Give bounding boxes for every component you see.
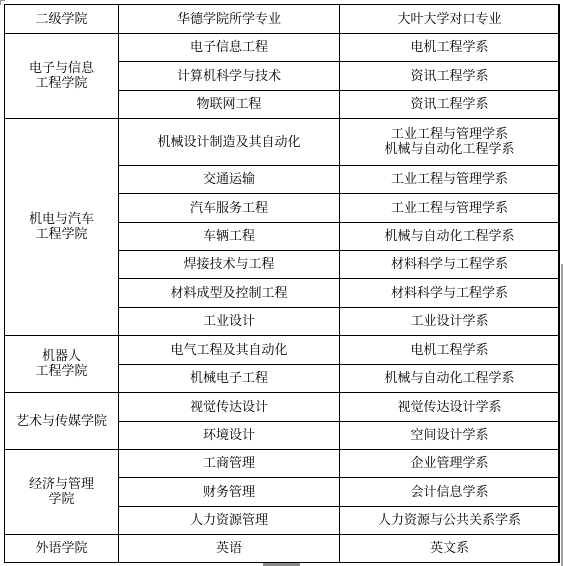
match-text: 会计信息学系 (410, 485, 488, 500)
major-cell: 物联网工程 (118, 90, 339, 118)
major-cell: 财务管理 (118, 477, 339, 506)
college-name-line: 艺术与传媒学院 (16, 414, 107, 429)
match-text: 人力资源与公共关系学系 (378, 513, 521, 528)
college-name-line: 工程学院 (35, 227, 87, 242)
college-name-line: 工程学院 (35, 76, 87, 91)
major-text: 汽车服务工程 (190, 201, 268, 216)
match-cell: 英文系 (339, 534, 559, 562)
college-cell: 外语学院 (4, 534, 118, 562)
major-cell: 工商管理 (118, 449, 339, 477)
major-cell: 英语 (118, 534, 339, 562)
match-cell: 会计信息学系 (339, 477, 559, 506)
major-cell: 电子信息工程 (118, 33, 339, 61)
major-text: 机械设计制造及其自动化 (157, 135, 300, 150)
major-text: 机械电子工程 (190, 371, 268, 386)
college-name-line: 机器人 (42, 349, 81, 364)
match-cell: 机械与自动化工程学系 (339, 364, 559, 392)
match-cell: 空间设计学系 (339, 421, 559, 449)
major-cell: 电气工程及其自动化 (118, 335, 339, 364)
college-cell: 艺术与传媒学院 (4, 392, 118, 449)
header-match-label: 大叶大学对口专业 (397, 12, 501, 27)
major-text: 计算机科学与技术 (177, 69, 281, 84)
college-cell: 机电与汽车 工程学院 (4, 118, 118, 335)
match-cell: 电机工程学系 (339, 335, 559, 364)
match-cell: 人力资源与公共关系学系 (339, 506, 559, 534)
college-name-line: 学院 (48, 492, 74, 507)
match-text: 空间设计学系 (410, 428, 488, 443)
major-text: 人力资源管理 (190, 513, 268, 528)
major-text: 物联网工程 (196, 97, 261, 112)
major-text: 焊接技术与工程 (183, 257, 274, 272)
college-cell: 经济与管理 学院 (4, 449, 118, 534)
college-name-line: 机电与汽车 (29, 212, 94, 227)
match-text: 材料科学与工程学系 (391, 286, 508, 301)
major-cell: 视觉传达设计 (118, 392, 339, 421)
match-cell: 视觉传达设计学系 (339, 392, 559, 421)
match-text: 材料科学与工程学系 (391, 257, 508, 272)
major-cell: 环境设计 (118, 421, 339, 449)
match-text: 视觉传达设计学系 (397, 400, 501, 415)
major-cell: 人力资源管理 (118, 506, 339, 534)
match-text: 电机工程学系 (410, 343, 488, 358)
match-cell: 工业工程与管理学系 (339, 193, 559, 222)
match-text: 资讯工程学系 (410, 69, 488, 84)
match-text: 工业设计学系 (410, 314, 488, 329)
match-cell: 电机工程学系 (339, 33, 559, 61)
major-mapping-table: 二级学院 华德学院所学专业 大叶大学对口专业 电子与信息 工程学院 电子信息工程… (0, 0, 563, 566)
header-major: 华德学院所学专业 (118, 4, 339, 33)
major-cell: 计算机科学与技术 (118, 61, 339, 90)
major-text: 工业设计 (203, 314, 255, 329)
major-text: 电子信息工程 (190, 40, 268, 55)
match-text: 工业工程与管理学系 (391, 172, 508, 187)
major-cell: 焊接技术与工程 (118, 250, 339, 278)
major-cell: 工业设计 (118, 307, 339, 335)
match-text: 工业工程与管理学系 (391, 127, 508, 142)
table-border-right (558, 4, 560, 563)
match-text: 英文系 (430, 541, 469, 556)
match-text: 企业管理学系 (410, 456, 488, 471)
major-cell: 汽车服务工程 (118, 193, 339, 222)
college-cell: 电子与信息 工程学院 (4, 33, 118, 118)
match-text: 工业工程与管理学系 (391, 201, 508, 216)
match-cell: 工业工程与管理学系 机械与自动化工程学系 (339, 118, 559, 165)
header-college-label: 二级学院 (35, 12, 87, 27)
major-text: 电气工程及其自动化 (170, 343, 287, 358)
match-text: 电机工程学系 (410, 40, 488, 55)
college-cell: 机器人 工程学院 (4, 335, 118, 392)
major-cell: 交通运输 (118, 165, 339, 193)
match-cell: 资讯工程学系 (339, 90, 559, 118)
match-text: 机械与自动化工程学系 (384, 142, 514, 157)
major-cell: 机械设计制造及其自动化 (118, 118, 339, 165)
header-major-label: 华德学院所学专业 (177, 12, 281, 27)
match-text: 资讯工程学系 (410, 97, 488, 112)
match-cell: 机械与自动化工程学系 (339, 222, 559, 250)
match-cell: 材料科学与工程学系 (339, 278, 559, 307)
major-cell: 材料成型及控制工程 (118, 278, 339, 307)
major-text: 工商管理 (203, 456, 255, 471)
header-college: 二级学院 (4, 4, 118, 33)
match-cell: 企业管理学系 (339, 449, 559, 477)
match-cell: 材料科学与工程学系 (339, 250, 559, 278)
match-cell: 工业工程与管理学系 (339, 165, 559, 193)
major-text: 财务管理 (203, 485, 255, 500)
major-text: 材料成型及控制工程 (170, 286, 287, 301)
major-text: 车辆工程 (203, 229, 255, 244)
college-name-line: 工程学院 (35, 364, 87, 379)
major-text: 环境设计 (203, 428, 255, 443)
match-text: 机械与自动化工程学系 (384, 371, 514, 386)
college-name-line: 外语学院 (35, 541, 87, 556)
major-text: 英语 (216, 541, 242, 556)
college-name-line: 电子与信息 (29, 61, 94, 76)
major-text: 视觉传达设计 (190, 400, 268, 415)
match-cell: 工业设计学系 (339, 307, 559, 335)
match-text: 机械与自动化工程学系 (384, 229, 514, 244)
major-text: 交通运输 (203, 172, 255, 187)
college-name-line: 经济与管理 (29, 477, 94, 492)
match-cell: 资讯工程学系 (339, 61, 559, 90)
major-cell: 车辆工程 (118, 222, 339, 250)
major-cell: 机械电子工程 (118, 364, 339, 392)
header-match: 大叶大学对口专业 (339, 4, 559, 33)
